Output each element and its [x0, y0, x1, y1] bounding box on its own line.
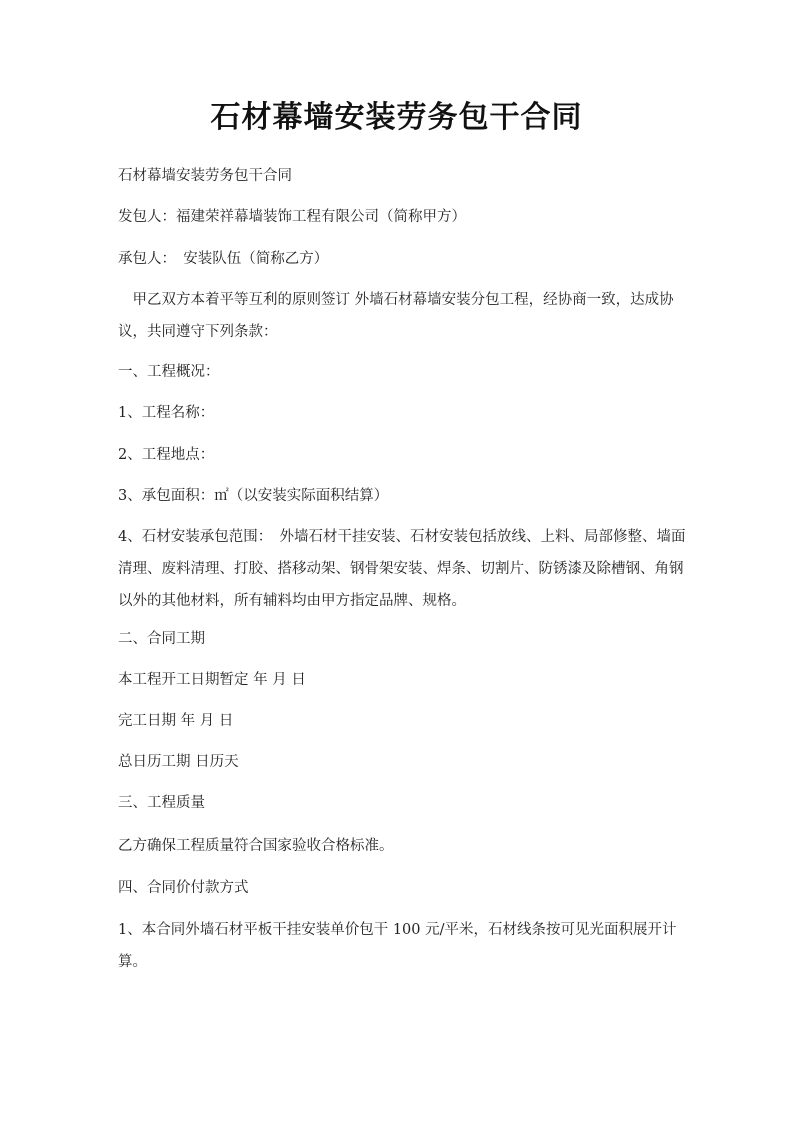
- price-clause: 1、本合同外墙石材平板干挂安装单价包干 100 元/平米，石材线条按可见光面积展…: [118, 914, 688, 978]
- total-duration: 总日历工期 日历天: [118, 746, 688, 778]
- section-2-heading: 二、合同工期: [118, 623, 688, 655]
- completion-date: 完工日期 年 月 日: [118, 705, 688, 737]
- quality-clause: 乙方确保工程质量符合国家验收合格标准。: [118, 830, 688, 862]
- preamble: 甲乙双方本着平等互利的原则签订 外墙石材幕墙安装分包工程，经协商一致，达成协议，…: [118, 284, 688, 348]
- section-1-heading: 一、工程概况：: [118, 356, 688, 388]
- project-name: 1、工程名称：: [118, 397, 688, 429]
- subtitle: 石材幕墙安装劳务包干合同: [118, 160, 688, 192]
- section-3-heading: 三、工程质量: [118, 787, 688, 819]
- section-4-heading: 四、合同价付款方式: [118, 872, 688, 904]
- document-title: 石材幕墙安装劳务包干合同: [0, 92, 793, 136]
- employer-line: 发包人：福建荣祥幕墙装饰工程有限公司（简称甲方）: [118, 201, 688, 233]
- start-date: 本工程开工日期暂定 年 月 日: [118, 664, 688, 696]
- scope-of-work: 4、石材安装承包范围： 外墙石材干挂安装、石材安装包括放线、上料、局部修整、墙面…: [118, 521, 688, 617]
- project-location: 2、工程地点：: [118, 439, 688, 471]
- contractor-line: 承包人： 安装队伍（简称乙方）: [118, 243, 688, 275]
- contract-area: 3、承包面积：㎡（以安装实际面积结算）: [118, 480, 688, 512]
